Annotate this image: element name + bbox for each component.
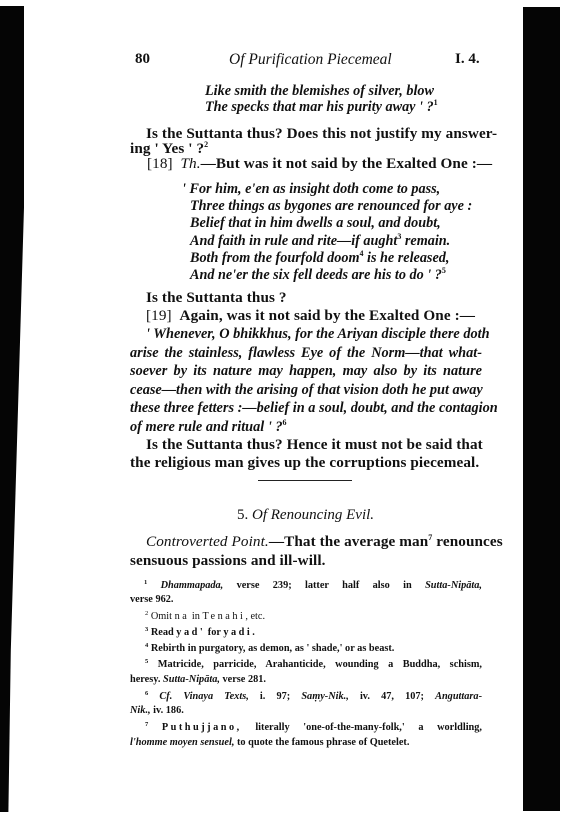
footnote-3-text3: . [252, 627, 255, 638]
running-title: Of Purification Piecemeal [229, 52, 392, 68]
para2: Is the Suttanta thus ? [146, 290, 287, 305]
footnote-5-italic: Sutta-Nipāta, [163, 674, 220, 685]
quote19-line4: cease—then with the arising of that visi… [130, 383, 482, 397]
footnote-6-line2-italic: Nik., [130, 705, 151, 716]
footnote-2-text2: in [189, 611, 202, 622]
verse2-line5: Both from the fourfold doom4 is he relea… [190, 250, 449, 265]
verse2-line6-text: And ne'er the six fell deeds are his to … [190, 267, 442, 283]
footnote-1-italic2: Sutta-Nipāta, [425, 580, 482, 591]
verse1-line2-text: The specks that mar his purity away ' ? [205, 99, 434, 115]
scan-border-left [0, 6, 24, 812]
para18-speaker: Th. [181, 155, 201, 172]
footnote-6-text2: iv. 47, 107; [349, 691, 435, 702]
footnote-5-text2: heresy. [130, 674, 163, 685]
para18-text: —But was it not said by the Exalted One … [201, 155, 493, 172]
footnote-ref-2: 2 [204, 140, 208, 149]
footnote-ref-6: 6 [283, 418, 287, 427]
footnote-7-line2: l'homme moyen sensuel, to quote the famo… [130, 738, 409, 748]
quote19-line1: ' Whenever, O bhikkhus, for the Ariyan d… [146, 327, 482, 341]
verse2-line5-end: is he released, [367, 250, 449, 266]
footnote-1: 1 Dhammapada, verse 239; latter half als… [130, 580, 482, 591]
footnote-2: 2 Omit na in Tenahi, etc. [145, 611, 265, 622]
footnote-ref-1: 1 [434, 98, 438, 107]
footnote-3-text2: for [205, 627, 223, 638]
controverted-point-label: Controverted Point. [146, 533, 269, 550]
para1-line2: ing ' Yes ' ?2 [130, 141, 208, 156]
verse2-line2: Three things as bygones are renounced fo… [190, 199, 472, 213]
section5-title: Of Renouncing Evil. [252, 507, 374, 523]
footnote-5-text3: verse 281. [220, 674, 266, 685]
verse2-line4-end: remain. [405, 233, 450, 249]
quote19-line2: arise the stainless, flawless Eye of the… [130, 346, 482, 360]
footnote-6-italic: Cf. Vinaya Texts, [159, 691, 248, 702]
verse2-line1: ' For him, e'en as insight doth come to … [182, 182, 440, 196]
section5-line1-end: renounces [436, 533, 502, 550]
footnote-1-line2: verse 962. [130, 595, 173, 605]
footnote-5: 5 Matricide, parricide, Arahanticide, wo… [130, 659, 482, 670]
footnote-4: 4 Rebirth in purgatory, as demon, as ' s… [145, 643, 394, 654]
footnote-7-italic: l'homme moyen sensuel, [130, 737, 234, 748]
footnote-3-pali1: yad' [176, 627, 205, 638]
footnote-ref-4: 4 [359, 249, 363, 258]
footnote-6-mark: 6 [145, 690, 148, 697]
footnote-6-italic2: Saṃy-Nik., [301, 691, 348, 702]
footnote-2-mark: 2 [145, 610, 148, 617]
para18: [18] Th.—But was it not said by the Exal… [147, 156, 492, 171]
scan-border-right [523, 7, 560, 811]
section5-heading: 5. Of Renouncing Evil. [237, 508, 374, 523]
section-separator [258, 480, 352, 481]
footnote-6: 6 Cf. Vinaya Texts, i. 97; Saṃy-Nik., iv… [130, 691, 482, 702]
verse2-line3: Belief that in him dwells a soul, and do… [190, 216, 441, 230]
footnote-4-text: Rebirth in purgatory, as demon, as ' sha… [151, 643, 395, 654]
para19-text: Again, was it not said by the Exalted On… [180, 307, 476, 324]
verse2-line4: And faith in rule and rite—if aught3 rem… [190, 233, 450, 248]
verse2-line6: And ne'er the six fell deeds are his to … [190, 267, 446, 282]
footnote-2-text3: , etc. [245, 611, 265, 622]
quote19-line5: these three fetters :—belief in a soul, … [130, 401, 482, 415]
footnote-5-mark: 5 [145, 658, 148, 665]
footnote-5-line2: heresy. Sutta-Nipāta, verse 281. [130, 675, 266, 685]
footnote-5-text: Matricide, parricide, Arahanticide, woun… [158, 659, 482, 670]
conclusion-line1: Is the Suttanta thus? Hence it must not … [146, 437, 482, 452]
footnote-7-text2: to quote the famous phrase of Quetelet. [234, 737, 409, 748]
footnote-7: 7 Puthujjano, literally 'one-of-the-many… [130, 722, 482, 733]
page-number: 80 [135, 52, 150, 67]
footnote-2-pali1: na [175, 611, 190, 622]
para18-number: [18] [147, 155, 173, 172]
footnote-2-text: Omit [151, 611, 175, 622]
section5-line1: Controverted Point.—That the average man… [146, 534, 482, 549]
para19: [19] Again, was it not said by the Exalt… [146, 308, 475, 323]
para19-number: [19] [146, 307, 172, 324]
section5-number: 5. [237, 507, 248, 523]
footnote-7-pali: Puthujjano, [162, 722, 242, 733]
footnote-6-italic3: Anguttara- [435, 691, 482, 702]
footnote-4-mark: 4 [145, 642, 148, 649]
footnote-ref-3: 3 [397, 232, 401, 241]
section5-line1-text: —That the average man [269, 533, 428, 550]
footnote-6-text: i. 97; [249, 691, 302, 702]
verse1-line1: Like smith the blemishes of silver, blow [205, 84, 434, 98]
quote19-line6: of mere rule and ritual ' ?6 [130, 419, 287, 434]
footnote-3-pali2: yadi [223, 627, 252, 638]
footnote-3-text: Read [151, 627, 176, 638]
verse2-line4-text: And faith in rule and rite—if aught [190, 233, 397, 249]
quote19-line3: soever by its nature may happen, may als… [130, 364, 482, 378]
section5-line2: sensuous passions and ill-will. [130, 553, 326, 568]
footnote-2-pali2: Tenahi [202, 611, 245, 622]
footnote-1-text: verse 239; latter half also in [223, 580, 425, 591]
quote19-line6-text: of mere rule and ritual ' ? [130, 419, 283, 435]
footnote-ref-5: 5 [442, 266, 446, 275]
para1-line1: Is the Suttanta thus? Does this not just… [130, 126, 482, 141]
footnote-3: 3 Read yad' for yadi. [145, 627, 255, 638]
footnote-7-mark: 7 [145, 721, 148, 728]
verse1-line2: The specks that mar his purity away ' ?1 [205, 99, 438, 114]
footnote-1-italic: Dhammapada, [161, 580, 224, 591]
footnote-6-line2: Nik., iv. 186. [130, 706, 184, 716]
section-reference: I. 4. [455, 52, 480, 67]
footnote-7-text: literally 'one-of-the-many-folk,' a worl… [242, 722, 482, 733]
footnote-1-mark: 1 [144, 579, 147, 586]
footnote-6-line2-text: iv. 186. [151, 705, 184, 716]
footnote-ref-7: 7 [428, 533, 432, 542]
conclusion-line2: the religious man gives up the corruptio… [130, 455, 479, 470]
footnote-3-mark: 3 [145, 626, 148, 633]
verse2-line5-text: Both from the fourfold doom [190, 250, 359, 266]
